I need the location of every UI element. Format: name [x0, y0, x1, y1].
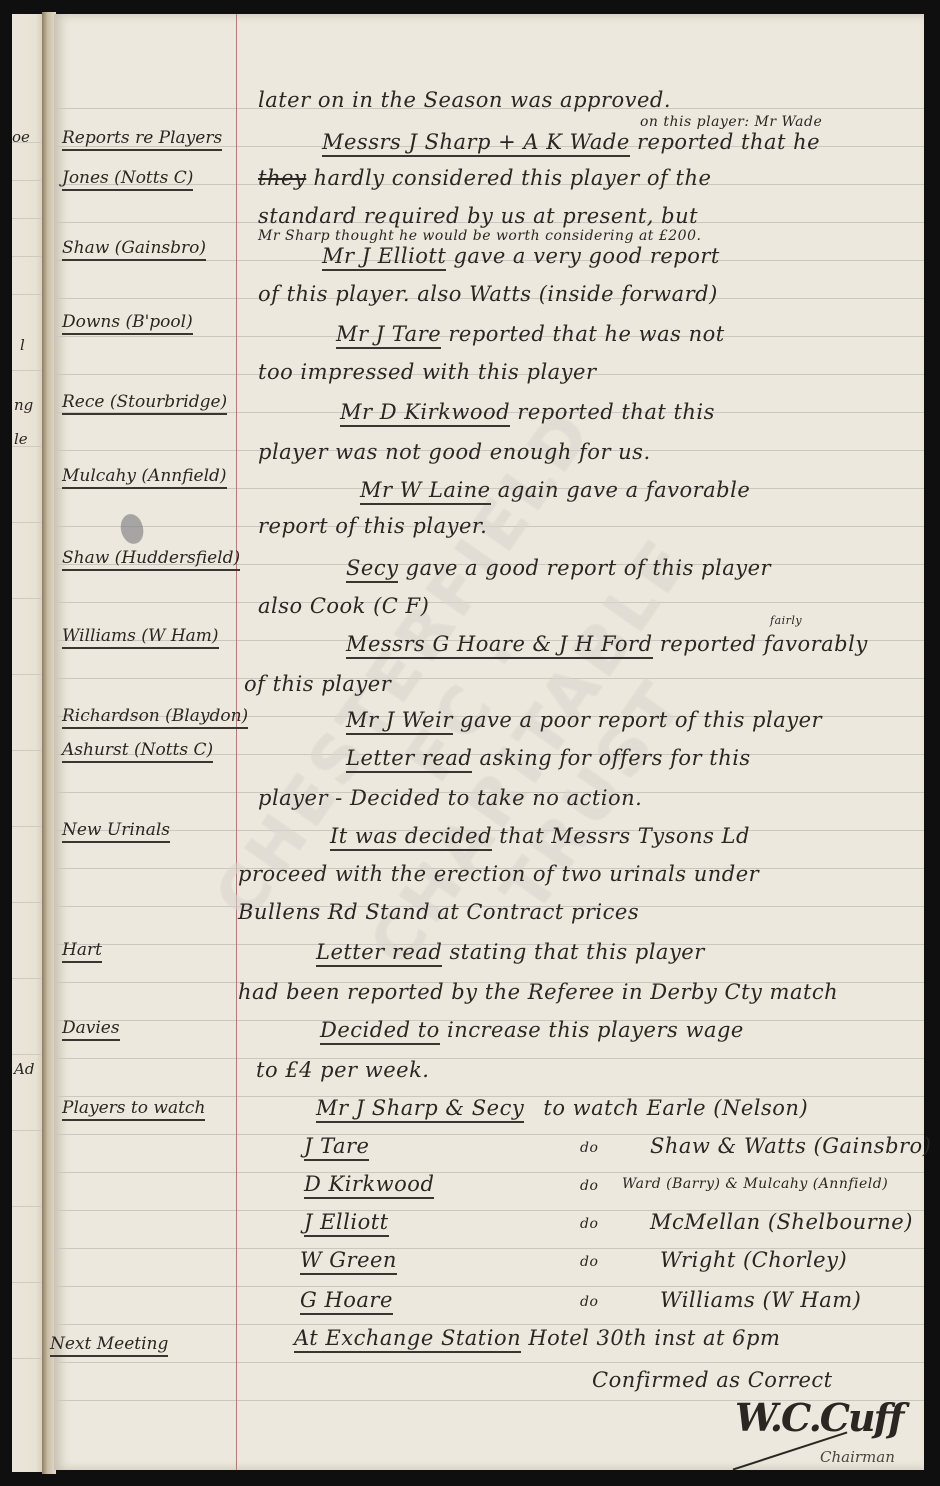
prev-page-rule	[12, 1054, 44, 1055]
prev-page-fragment: l	[20, 336, 25, 354]
ruled-line	[54, 1362, 924, 1363]
minutes-line: It was decided that Messrs Tysons Ld	[330, 824, 750, 848]
margin-heading-mulcahy: Mulcahy (Annfield)	[62, 466, 227, 489]
minutes-line: Mr J Elliott gave a very good report	[322, 244, 720, 268]
minutes-line: of this player. also Watts (inside forwa…	[258, 282, 718, 306]
watcher-name: D Kirkwood	[304, 1172, 434, 1196]
ruled-line	[54, 526, 924, 527]
minutes-line: report of this player.	[258, 514, 487, 538]
chairman-title: Chairman	[820, 1448, 895, 1466]
ditto-mark: do	[580, 1294, 598, 1310]
underlined-names: Mr D Kirkwood	[340, 400, 510, 427]
underlined-names: Mr J Elliott	[322, 244, 446, 271]
prev-page-rule	[12, 674, 44, 675]
minutes-line: Letter read stating that this player	[316, 940, 705, 964]
meeting-details: Hotel 30th inst at 6pm	[521, 1326, 780, 1350]
interlinear-insertion: on this player: Mr Wade	[640, 114, 822, 130]
underlined-names: Secy	[346, 556, 398, 583]
underlined-names: Mr J Tare	[336, 322, 441, 349]
watcher-name: W Green	[300, 1248, 397, 1272]
previous-page-edge	[12, 14, 46, 1472]
watched-player: Shaw & Watts (Gainsbro)	[650, 1134, 931, 1158]
ruled-line	[54, 1324, 924, 1325]
minutes-line: to £4 per week.	[256, 1058, 429, 1082]
struck-word: they	[258, 166, 306, 190]
watcher-name: J Tare	[304, 1134, 504, 1158]
minutes-line: proceed with the erection of two urinals…	[238, 862, 759, 886]
prev-page-fragment: le	[14, 430, 28, 448]
meeting-venue: At Exchange Station	[294, 1326, 521, 1353]
underlined-action: It was decided	[330, 824, 492, 851]
next-meeting-line: At Exchange Station Hotel 30th inst at 6…	[294, 1326, 780, 1350]
margin-heading-players-to-watch: Players to watch	[62, 1098, 205, 1121]
underlined-action: Decided to	[320, 1018, 440, 1045]
watched-player: McMellan (Shelbourne)	[650, 1210, 913, 1234]
prev-page-rule	[12, 180, 44, 181]
margin-heading-williams: Williams (W Ham)	[62, 626, 219, 649]
underlined-names: Mr J Weir	[346, 708, 453, 735]
margin-heading-shaw-hudds: Shaw (Huddersfield)	[62, 548, 240, 571]
prev-page-rule	[12, 826, 44, 827]
watch-list-row: Mr J Sharp & Secy to watch Earle (Nelson…	[316, 1096, 808, 1120]
minutes-line: Decided to increase this players wage	[320, 1018, 744, 1042]
margin-heading-shaw-gainsbro: Shaw (Gainsbro)	[62, 238, 206, 261]
minutes-line: Messrs J Sharp + A K Wade reported that …	[322, 130, 820, 154]
interlinear-insertion: fairly	[770, 614, 802, 627]
prev-page-rule	[12, 218, 44, 219]
minutes-line: Mr W Laine again gave a favorable	[360, 478, 750, 502]
underlined-names: Messrs G Hoare & J H Ford	[346, 632, 653, 659]
margin-heading-reports: Reports re Players	[62, 128, 222, 151]
watcher-name: G Hoare	[300, 1288, 393, 1312]
minutes-line: Mr J Weir gave a poor report of this pla…	[346, 708, 822, 732]
ruled-line	[54, 678, 924, 679]
margin-heading-davies: Davies	[62, 1018, 120, 1041]
minutes-line: player was not good enough for us.	[258, 440, 651, 464]
ruled-line	[54, 1286, 924, 1287]
minutes-line: also Cook (C F)	[258, 594, 429, 618]
ruled-line	[54, 1172, 924, 1173]
minutes-line: Letter read asking for offers for this	[346, 746, 751, 770]
minutes-line: Mr J Tare reported that he was not	[336, 322, 725, 346]
watched-player: Earle (Nelson)	[647, 1096, 809, 1120]
underlined-names: Messrs J Sharp + A K Wade	[322, 130, 630, 157]
watched-player: Wright (Chorley)	[660, 1248, 847, 1272]
watcher-name: Mr J Sharp & Secy	[316, 1096, 524, 1123]
prev-page-fragment: Ad	[14, 1060, 34, 1078]
prev-page-rule	[12, 256, 44, 257]
chairman-signature: W.C.Cuff	[735, 1395, 902, 1440]
ditto-mark: do	[580, 1140, 598, 1156]
underlined-action: Letter read	[316, 940, 442, 967]
watch-verb: to watch	[543, 1096, 639, 1120]
prev-page-rule	[12, 1282, 44, 1283]
underlined-action: Letter read	[346, 746, 472, 773]
prev-page-rule	[12, 598, 44, 599]
prev-page-rule	[12, 1358, 44, 1359]
minutes-line: had been reported by the Referee in Derb…	[238, 980, 838, 1004]
minutes-line: they hardly considered this player of th…	[258, 166, 711, 190]
interlinear-insertion: Mr Sharp thought he would be worth consi…	[258, 228, 701, 244]
watcher-name: J Elliott	[304, 1210, 389, 1234]
margin-heading-richardson: Richardson (Blaydon)	[62, 706, 248, 729]
margin-heading-next-meeting: Next Meeting	[50, 1334, 168, 1357]
prev-page-fragment: oe	[12, 128, 30, 146]
minutes-line: Bullens Rd Stand at Contract prices	[238, 900, 639, 924]
ditto-mark: do	[580, 1216, 598, 1232]
minutes-line: of this player	[244, 672, 391, 696]
prev-page-rule	[12, 750, 44, 751]
prev-page-fragment: ng	[14, 396, 33, 414]
prev-page-rule	[12, 1130, 44, 1131]
confirmation-text: Confirmed as Correct	[592, 1368, 833, 1392]
margin-heading-jones: Jones (Notts C)	[62, 168, 193, 191]
minutes-line: player - Decided to take no action.	[258, 786, 642, 810]
minutes-line: standard required by us at present, but	[258, 204, 698, 228]
prev-page-rule	[12, 522, 44, 523]
prev-page-rule	[12, 978, 44, 979]
red-margin-line	[236, 14, 237, 1470]
margin-heading-ashurst: Ashurst (Notts C)	[62, 740, 213, 763]
prev-page-rule	[12, 370, 44, 371]
underlined-names: Mr W Laine	[360, 478, 491, 505]
margin-heading-new-urinals: New Urinals	[62, 820, 170, 843]
minutes-line: Secy gave a good report of this player	[346, 556, 771, 580]
prev-page-rule	[12, 1206, 44, 1207]
prev-page-rule	[12, 294, 44, 295]
ruled-line	[54, 602, 924, 603]
watched-player: Williams (W Ham)	[660, 1288, 861, 1312]
ditto-mark: do	[580, 1254, 598, 1270]
margin-heading-downs: Downs (B'pool)	[62, 312, 193, 335]
minutes-line: later on in the Season was approved.	[258, 88, 671, 112]
minutes-line: Mr D Kirkwood reported that this	[340, 400, 715, 424]
margin-heading-hart: Hart	[62, 940, 102, 963]
margin-heading-rece: Rece (Stourbridge)	[62, 392, 227, 415]
prev-page-rule	[12, 902, 44, 903]
ruled-line	[54, 1058, 924, 1059]
watched-player: Ward (Barry) & Mulcahy (Annfield)	[622, 1176, 888, 1192]
minutes-line: too impressed with this player	[258, 360, 597, 384]
minutes-line: Messrs G Hoare & J H Ford reported favor…	[346, 632, 868, 656]
ditto-mark: do	[580, 1178, 598, 1194]
